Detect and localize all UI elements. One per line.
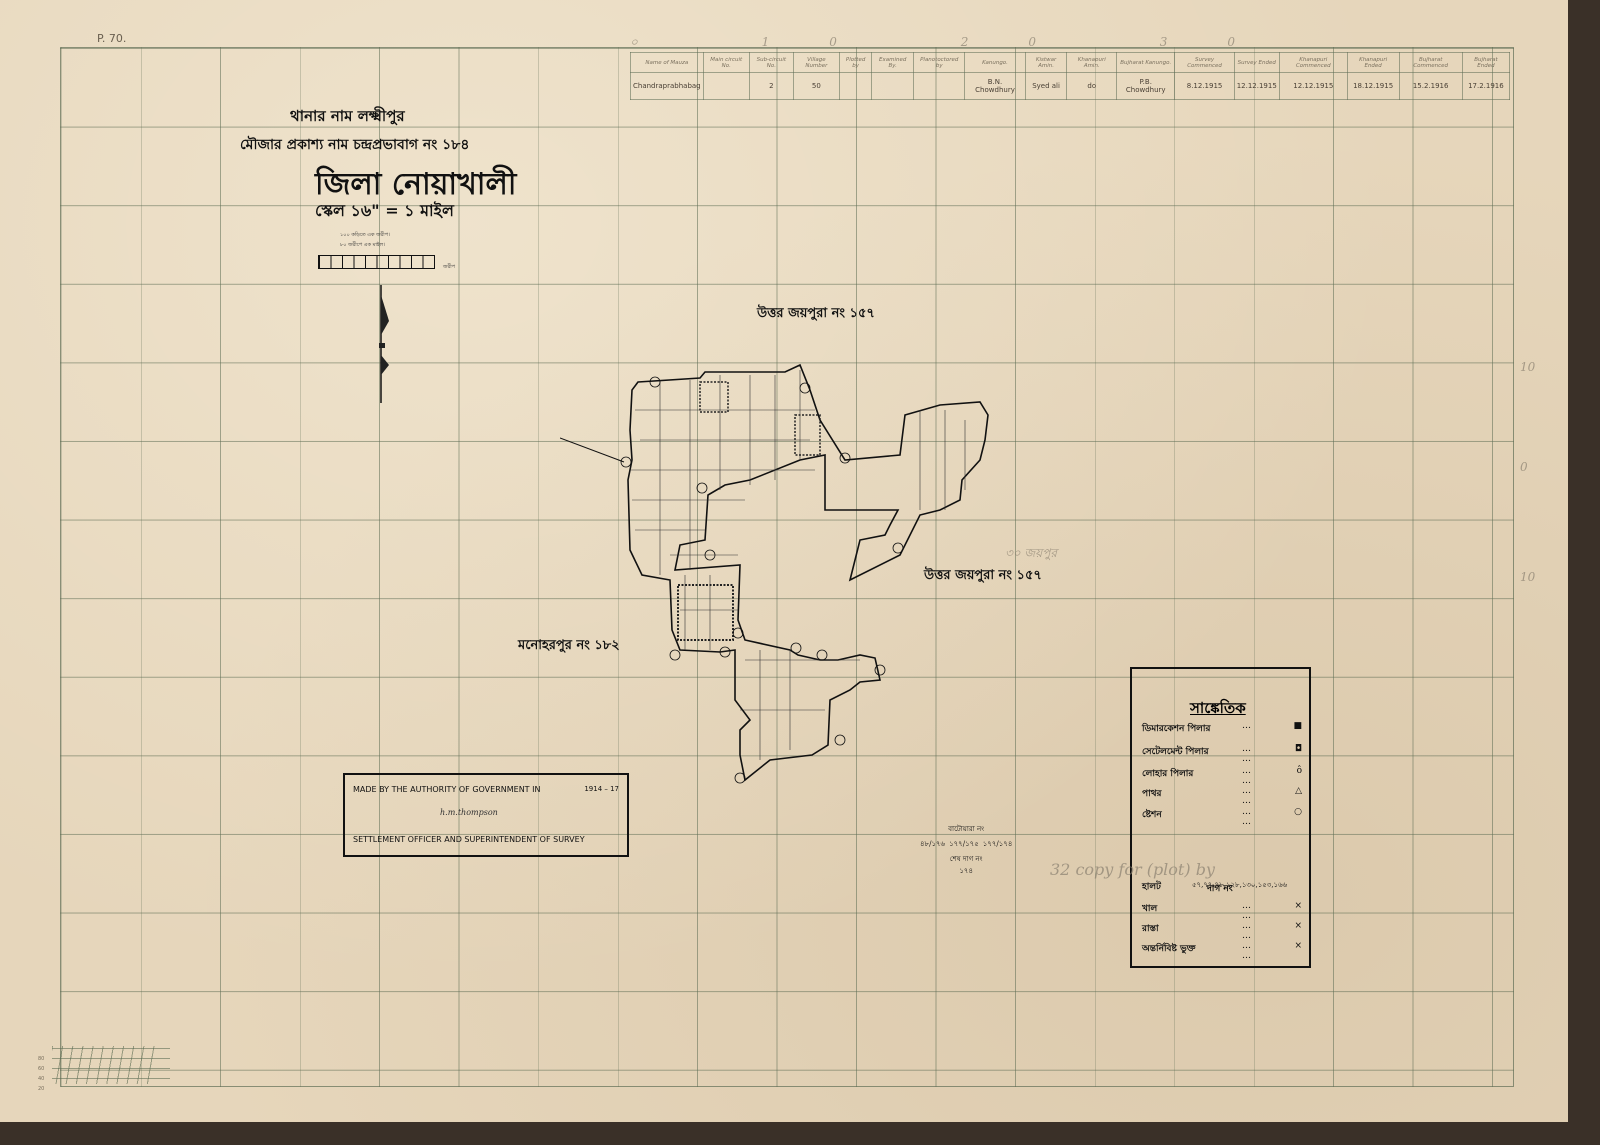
pencil-note: ৩০ জয়পুর xyxy=(1005,545,1057,565)
table-header-cell: Khanapuri Commenced xyxy=(1279,53,1347,73)
table-value-cell: B.N. Chowdhury xyxy=(965,73,1025,100)
pencil-note: 10 xyxy=(1520,360,1535,374)
table-header-cell: Survey Commenced xyxy=(1175,53,1234,73)
dag-value: ৫৭,৭৭,৭৮,১২৮,১৩০,১৫৩,১৬৬ xyxy=(1192,879,1287,891)
scale-label: স্কেল ১৬" = ১ মাইল xyxy=(315,198,454,225)
table-header-cell: Bujharat Ended xyxy=(1462,53,1509,73)
last-dag-value: ১৭৪ xyxy=(920,865,1012,877)
tick: 40 xyxy=(38,1074,44,1084)
table-header-cell: Bujharat Commenced xyxy=(1399,53,1462,73)
cross-icon: × xyxy=(1294,941,1302,951)
scale-note-1: ১০০ কড়িতে এক জরীপ। xyxy=(340,232,390,240)
thana-name: থানার নাম লক্ষ্মীপুর xyxy=(290,105,405,130)
table-value-cell: 50 xyxy=(793,73,839,100)
fraction: ১৭৭/১৭৪ xyxy=(983,838,1013,850)
table-header-cell: Name of Mauza xyxy=(631,53,704,73)
legend-label: ষ্টেশন xyxy=(1142,810,1162,820)
pencil-note: 10 xyxy=(1520,570,1535,584)
legend-label: পাথর xyxy=(1142,789,1162,799)
table-value-cell xyxy=(839,73,871,100)
stone-icon: △ xyxy=(1295,786,1302,796)
legend-item: ডিমারকেশন পিলার…■ xyxy=(1142,721,1302,736)
table-header-cell: Main circuit No. xyxy=(703,53,749,73)
scale-bar xyxy=(318,255,435,269)
cross-icon: × xyxy=(1294,901,1302,911)
table-value-cell: Chandraprabhabag xyxy=(631,73,704,100)
officer-signature: h.m.thompson xyxy=(440,808,498,817)
map-sheet: P. 70. Name of MauzaMain circuit No.Sub-… xyxy=(0,0,1568,1122)
table-header-cell: Planotoctored by xyxy=(914,53,965,73)
dag-item: খাল… …× xyxy=(1142,901,1302,916)
pencil-note: 0 xyxy=(1520,460,1528,474)
legend-label: সেটেলমেন্ট পিলার xyxy=(1142,747,1209,757)
table-value-cell: 12.12.1915 xyxy=(1279,73,1347,100)
table-value-cell: 15.2.1916 xyxy=(1399,73,1462,100)
iron-pillar-icon: ô xyxy=(1297,766,1302,776)
authority-box: MADE BY THE AUTHORITY OF GOVERNMENT IN 1… xyxy=(343,773,629,857)
dag-label: রাস্তা xyxy=(1142,924,1159,934)
khatian-block: বাটোয়ারা নং ৪৮/১৭৬ ১৭৭/১৭৫ ১৭৭/১৭৪ শেষ … xyxy=(920,823,1012,877)
mauza-name: মৌজার প্রকাশ্য নাম চন্দ্রপ্রভাবাগ নং ১৮৪ xyxy=(240,133,469,157)
table-header-cell: Bujharat Kanungo. xyxy=(1117,53,1175,73)
scale-unit: জরীপ xyxy=(443,264,455,272)
table-value-cell: P.B. Chowdhury xyxy=(1117,73,1175,100)
north-arrow-icon xyxy=(378,285,392,403)
table-value-cell: 18.12.1915 xyxy=(1347,73,1399,100)
pencil-note: ০ 10 20 30 xyxy=(630,34,1295,54)
diagonal-scale-lines xyxy=(52,1046,157,1084)
table-header-cell: Examined By. xyxy=(872,53,914,73)
scale-note-2: ৮০ জরীপে এক মাইল। xyxy=(340,242,385,250)
table-value-cell: Syed ali xyxy=(1025,73,1067,100)
authority-line: MADE BY THE AUTHORITY OF GOVERNMENT IN xyxy=(353,785,540,794)
last-dag-title: শেষ দাগ নং xyxy=(920,853,1012,865)
table-value-cell xyxy=(872,73,914,100)
dag-label: হালট xyxy=(1142,882,1161,892)
cross-icon: × xyxy=(1294,921,1302,931)
settlement-pillar-icon: ◘ xyxy=(1295,744,1302,754)
adjacent-village-west: মনোহরপুর নং ১৮২ xyxy=(518,636,620,657)
station-icon: ○ xyxy=(1294,807,1302,817)
dag-item: রাস্তা… …× xyxy=(1142,921,1302,936)
legend-box: সাঙ্কেতিক ডিমারকেশন পিলার…■ সেটেলমেন্ট প… xyxy=(1130,667,1311,968)
table-value-cell: 8.12.1915 xyxy=(1175,73,1234,100)
table-value-cell xyxy=(703,73,749,100)
table-header-cell: Sub-circuit No. xyxy=(749,53,793,73)
fraction: ১৭৭/১৭৫ xyxy=(949,838,979,850)
page-tag: P. 70. xyxy=(97,32,126,45)
table-header-cell: Kistwar Amin. xyxy=(1025,53,1067,73)
demarcation-pillar-icon: ■ xyxy=(1293,721,1302,731)
pencil-note: 32 copy for (plot) by xyxy=(1050,860,1215,879)
dag-label: খাল xyxy=(1142,904,1157,914)
table-value-cell: 12.12.1915 xyxy=(1234,73,1279,100)
table-header-cell: Village Number xyxy=(793,53,839,73)
table-header-cell: Kanungo. xyxy=(965,53,1025,73)
legend-title: সাঙ্কেতিক xyxy=(1190,697,1246,722)
legend-label: ডিমারকেশন পিলার xyxy=(1142,724,1210,734)
survey-record-table: Name of MauzaMain circuit No.Sub-circuit… xyxy=(630,52,1510,100)
khatian-title: বাটোয়ারা নং xyxy=(920,823,1012,835)
tick: 80 xyxy=(38,1054,44,1064)
table-header-cell: Khanapuri Amin. xyxy=(1067,53,1117,73)
fraction: ৪৮/১৭৬ xyxy=(920,838,945,850)
adjacent-village-east: উত্তর জয়পুরা নং ১৫৭ xyxy=(924,566,1042,587)
table-value-cell: do xyxy=(1067,73,1117,100)
tick: 20 xyxy=(38,1084,44,1094)
table-header-cell: Khanapuri Ended xyxy=(1347,53,1399,73)
legend-item: পাথর… …△ xyxy=(1142,786,1302,801)
adjacent-village-north: উত্তর জয়পুরা নং ১৫৭ xyxy=(757,304,875,325)
dag-label: অন্তর্নিবিষ্ট ভুক্ত xyxy=(1142,944,1196,954)
table-value-cell: 2 xyxy=(749,73,793,100)
authority-years: 1914 – 17 xyxy=(584,785,619,793)
diagonal-scale-ticks: 80 60 40 20 xyxy=(38,1054,44,1094)
officer-title: SETTLEMENT OFFICER AND SUPERINTENDENT OF… xyxy=(353,835,585,844)
legend-item: সেটেলমেন্ট পিলার… …◘ xyxy=(1142,744,1302,759)
dag-item: অন্তর্নিবিষ্ট ভুক্ত… …× xyxy=(1142,941,1302,956)
legend-label: লোহার পিলার xyxy=(1142,769,1193,779)
tick: 60 xyxy=(38,1064,44,1074)
dag-item: হালট৫৭,৭৭,৭৮,১২৮,১৩০,১৫৩,১৬৬ xyxy=(1142,879,1302,894)
table-header-cell: Plotted by xyxy=(839,53,871,73)
table-header-cell: Survey Ended xyxy=(1234,53,1279,73)
legend-item: লোহার পিলার… …ô xyxy=(1142,766,1302,781)
table-value-cell xyxy=(914,73,965,100)
legend-item: ষ্টেশন… …○ xyxy=(1142,807,1302,822)
table-value-cell: 17.2.1916 xyxy=(1462,73,1509,100)
